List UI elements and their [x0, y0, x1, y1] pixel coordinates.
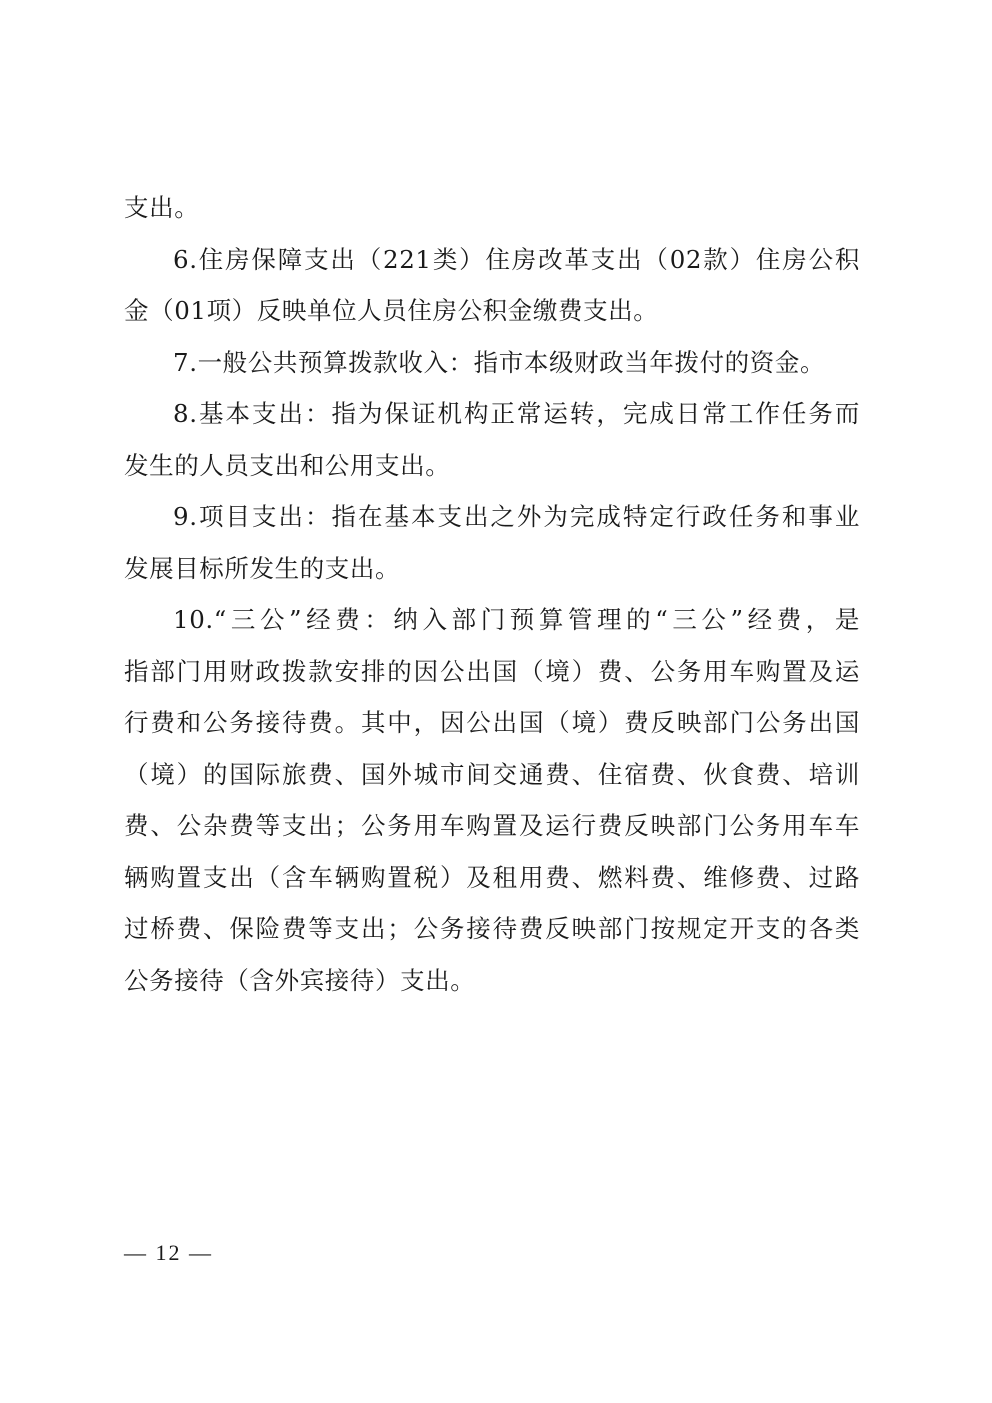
text-line-item-10: 10.“三公”经费：纳入部门预算管理的“三公”经费，是	[124, 594, 860, 646]
document-page: 支出。 6.住房保障支出（221类）住房改革支出（02款）住房公积 金（01项）…	[0, 0, 992, 1403]
text-line: 过桥费、保险费等支出；公务接待费反映部门按规定开支的各类	[124, 903, 860, 955]
text-line: 发展目标所发生的支出。	[124, 543, 860, 595]
text-line: 行费和公务接待费。其中，因公出国（境）费反映部门公务出国	[124, 697, 860, 749]
text-line: 金（01项）反映单位人员住房公积金缴费支出。	[124, 285, 860, 337]
text-line: （境）的国际旅费、国外城市间交通费、住宿费、伙食费、培训	[124, 749, 860, 801]
text-line: 指部门用财政拨款安排的因公出国（境）费、公务用车购置及运	[124, 646, 860, 698]
body-text: 支出。 6.住房保障支出（221类）住房改革支出（02款）住房公积 金（01项）…	[124, 182, 860, 1006]
text-line: 支出。	[124, 182, 860, 234]
text-line-item-8: 8.基本支出：指为保证机构正常运转，完成日常工作任务而	[124, 388, 860, 440]
page-number: — 12 —	[124, 1240, 213, 1266]
text-line-item-9: 9.项目支出：指在基本支出之外为完成特定行政任务和事业	[124, 491, 860, 543]
text-line-item-7: 7.一般公共预算拨款收入：指市本级财政当年拨付的资金。	[124, 337, 860, 389]
text-line: 费、公杂费等支出；公务用车购置及运行费反映部门公务用车车	[124, 800, 860, 852]
text-line-item-6: 6.住房保障支出（221类）住房改革支出（02款）住房公积	[124, 234, 860, 286]
text-line: 发生的人员支出和公用支出。	[124, 440, 860, 492]
text-line: 辆购置支出（含车辆购置税）及租用费、燃料费、维修费、过路	[124, 852, 860, 904]
text-line: 公务接待（含外宾接待）支出。	[124, 955, 860, 1007]
